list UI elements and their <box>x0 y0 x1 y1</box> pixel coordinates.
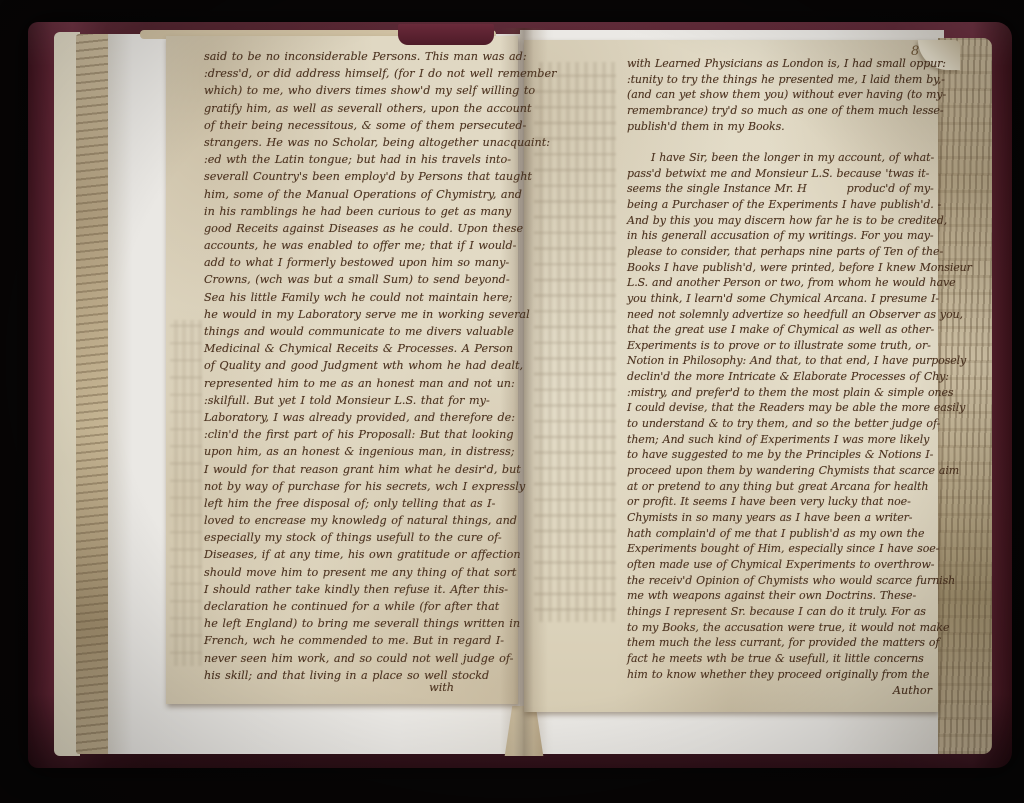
manuscript-line: me wth weapons against their own Doctrin… <box>627 589 937 605</box>
manuscript-line: him to know whether they proceed origina… <box>627 668 937 684</box>
manuscript-line: at or pretend to any thing but great Arc… <box>627 480 937 496</box>
manuscript-line: please to consider, that perhaps nine pa… <box>627 245 937 261</box>
manuscript-line: in his generall accusation of my writing… <box>627 229 937 245</box>
manuscript-line: left him the free disposal of; only tell… <box>204 497 518 514</box>
manuscript-line: represented him to me as an honest man a… <box>204 377 518 394</box>
right-page-text: with Learned Physicians as London is, I … <box>627 57 937 683</box>
manuscript-line: good Receits against Diseases as he coul… <box>204 222 518 239</box>
manuscript-line: fact he meets wth be true & usefull, it … <box>627 652 937 668</box>
manuscript-line: pass'd betwixt me and Monsieur L.S. beca… <box>627 167 937 183</box>
manuscript-line: declin'd the more Intricate & Elaborate … <box>627 370 937 386</box>
manuscript-photo: 8 said to be no inconsiderable Persons. … <box>0 0 1024 803</box>
manuscript-line: gratify him, as well as severall others,… <box>204 102 518 119</box>
manuscript-line: Experiments is to prove or to illustrate… <box>627 339 937 355</box>
manuscript-line: Experiments bought of Him, especially si… <box>627 542 937 558</box>
manuscript-line: French, wch he commended to me. But in r… <box>204 634 518 651</box>
manuscript-line: I could devise, that the Readers may be … <box>627 401 937 417</box>
catchword-left: with <box>204 681 454 694</box>
manuscript-line: severall Country's been employ'd by Pers… <box>204 170 518 187</box>
manuscript-line: Books I have publish'd, were printed, be… <box>627 261 937 277</box>
manuscript-line: need not solemnly advertize so heedfull … <box>627 308 937 324</box>
manuscript-line: Sea his little Family wch he could not m… <box>204 291 518 308</box>
manuscript-line: him, some of the Manual Operations of Ch… <box>204 188 518 205</box>
manuscript-line: that the great use I make of Chymical as… <box>627 323 937 339</box>
manuscript-line: to have suggested to me by the Principle… <box>627 448 937 464</box>
manuscript-line: Medicinal & Chymical Receits & Processes… <box>204 342 518 359</box>
manuscript-line: or profit. It seems I have been very luc… <box>627 495 937 511</box>
binding-stub-edges <box>76 34 112 754</box>
manuscript-line: :mistry, and prefer'd to them the most p… <box>627 386 937 402</box>
manuscript-line: proceed upon them by wandering Chymists … <box>627 464 937 480</box>
manuscript-line: to my Books, the accusation were true, i… <box>627 621 937 637</box>
manuscript-line: said to be no inconsiderable Persons. Th… <box>204 50 518 67</box>
manuscript-line: not by way of purchase for his secrets, … <box>204 480 518 497</box>
manuscript-line: I should rather take kindly then refuse … <box>204 583 518 600</box>
manuscript-line: especially my stock of things usefull to… <box>204 531 518 548</box>
manuscript-line: things and would communicate to me diver… <box>204 325 518 342</box>
manuscript-line: :dress'd, or did address himself, (for I… <box>204 67 518 84</box>
manuscript-line: Laboratory, I was already provided, and … <box>204 411 518 428</box>
manuscript-line: upon him, as an honest & ingenious man, … <box>204 445 518 462</box>
manuscript-line: should move him to present me any thing … <box>204 566 518 583</box>
manuscript-line: them; And such kind of Experiments I was… <box>627 433 937 449</box>
manuscript-line: remembrance) try'd so much as one of the… <box>627 104 937 120</box>
manuscript-line: I have Sir, been the longer in my accoun… <box>627 151 937 167</box>
manuscript-line: of their being necessitous, & some of th… <box>204 119 518 136</box>
manuscript-line: he would in my Laboratory serve me in wo… <box>204 308 518 325</box>
spine-top <box>398 24 494 45</box>
manuscript-line: declaration he continued for a while (fo… <box>204 600 518 617</box>
manuscript-line: being a Purchaser of the Experiments I h… <box>627 198 937 214</box>
manuscript-line: to understand & to try them, and so the … <box>627 417 937 433</box>
manuscript-line: add to what I formerly bestowed upon him… <box>204 256 518 273</box>
manuscript-line: And by this you may discern how far he i… <box>627 214 937 230</box>
manuscript-line: loved to encrease my knowledg of natural… <box>204 514 518 531</box>
manuscript-line: which) to me, who divers times show'd my… <box>204 84 518 101</box>
manuscript-line: Chymists in so many years as I have been… <box>627 511 937 527</box>
manuscript-line: :skilfull. But yet I told Monsieur L.S. … <box>204 394 518 411</box>
manuscript-line: strangers. He was no Scholar, being alto… <box>204 136 518 153</box>
manuscript-line: :tunity to try the things he presented m… <box>627 73 937 89</box>
manuscript-line: :clin'd the first part of his Proposall:… <box>204 428 518 445</box>
manuscript-line: accounts, he was enabled to offer me; th… <box>204 239 518 256</box>
manuscript-line: he left England) to bring me severall th… <box>204 617 518 634</box>
manuscript-line <box>627 135 937 151</box>
manuscript-line: with Learned Physicians as London is, I … <box>627 57 937 73</box>
catchword-right: Author <box>627 684 932 697</box>
manuscript-line: you think, I learn'd some Chymical Arcan… <box>627 292 937 308</box>
manuscript-line: :ed wth the Latin tongue; but had in his… <box>204 153 518 170</box>
manuscript-line: seems the single Instance Mr. H produc'd… <box>627 182 937 198</box>
manuscript-line: Diseases, if at any time, his own gratit… <box>204 548 518 565</box>
manuscript-line: L.S. and another Person or two, from who… <box>627 276 937 292</box>
manuscript-line: things I represent Sr. because I can do … <box>627 605 937 621</box>
manuscript-line: never seen him work, and so could not we… <box>204 652 518 669</box>
manuscript-line: of Quality and good Judgment wth whom he… <box>204 359 518 376</box>
manuscript-line: I would for that reason grant him what h… <box>204 463 518 480</box>
left-page-text: said to be no inconsiderable Persons. Th… <box>204 50 518 686</box>
manuscript-line: (and can yet show them you) without ever… <box>627 88 937 104</box>
manuscript-line: publish'd them in my Books. <box>627 120 937 136</box>
manuscript-line: Crowns, (wch was but a small Sum) to sen… <box>204 273 518 290</box>
manuscript-line: Notion in Philosophy: And that, to that … <box>627 354 937 370</box>
manuscript-line: often made use of Chymical Experiments t… <box>627 558 937 574</box>
manuscript-line: the receiv'd Opinion of Chymists who wou… <box>627 574 937 590</box>
manuscript-line: hath complain'd of me that I publish'd a… <box>627 527 937 543</box>
manuscript-line: in his ramblings he had been curious to … <box>204 205 518 222</box>
manuscript-line: them much the less currant, for provided… <box>627 636 937 652</box>
